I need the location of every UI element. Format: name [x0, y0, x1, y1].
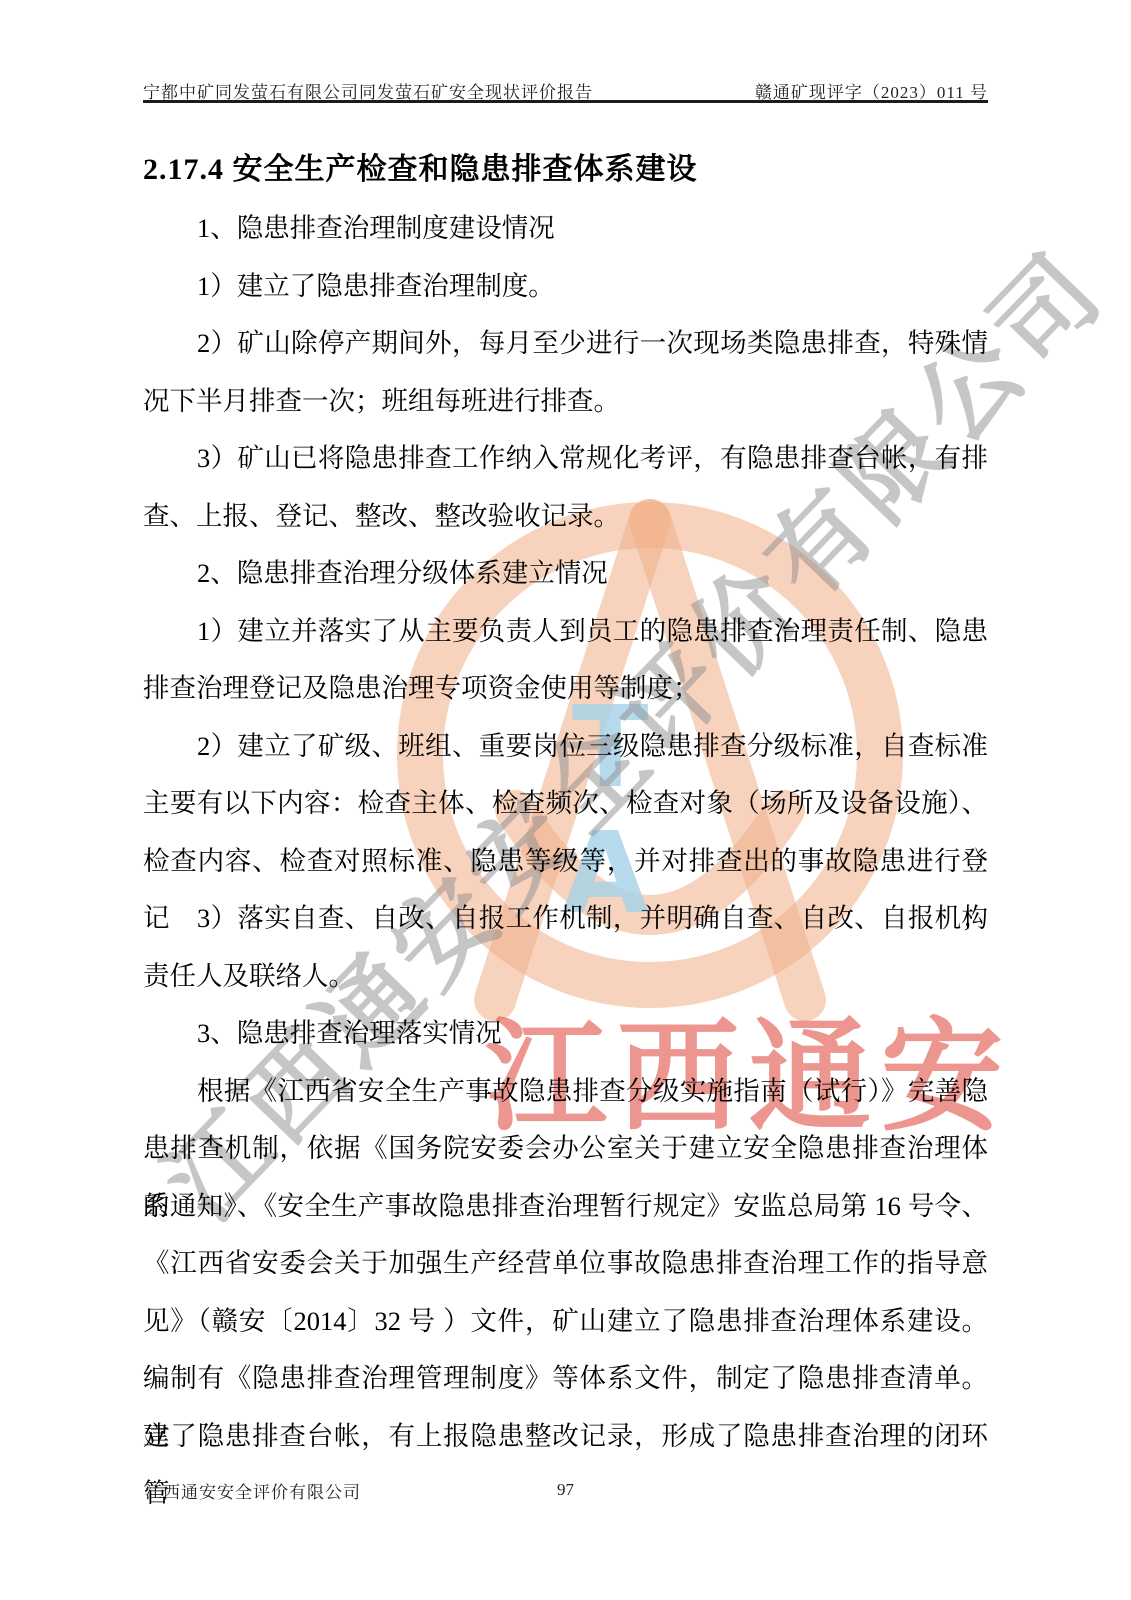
document-page: 宁都中矿同发萤石有限公司同发萤石矿安全现状评价报告 赣通矿现评字（2023）01…: [0, 0, 1131, 1600]
body-line: 2）建立了矿级、班组、重要岗位三级隐患排查分级标准，自查标准: [143, 718, 988, 776]
body-line: 根据《江西省安全生产事故隐患排查分级实施指南（试行）》完善隐: [143, 1063, 988, 1121]
body-line: 2、隐患排查治理分级体系建立情况: [143, 545, 988, 603]
body-line: 责任人及联络人。: [143, 948, 988, 1006]
body-line: 1、隐患排查治理制度建设情况: [143, 200, 988, 258]
body-line: 排查治理登记及隐患治理专项资金使用等制度；: [143, 660, 988, 718]
section-heading: 2.17.4 安全生产检查和隐患排查体系建设: [143, 140, 988, 200]
body-line: 《江西省安委会关于加强生产经营单位事故隐患排查治理工作的指导意: [143, 1235, 988, 1293]
body-line: 的通知》、《安全生产事故隐患排查治理暂行规定》安监总局第 16 号令、: [143, 1178, 988, 1236]
body-line: 患排查机制，依据《国务院安委会办公室关于建立安全隐患排查治理体系: [143, 1120, 988, 1178]
body-line: 查、上报、登记、整改、整改验收记录。: [143, 488, 988, 546]
body-line: 主要有以下内容：检查主体、检查频次、检查对象（场所及设备设施）、: [143, 775, 988, 833]
document-body: 2.17.4 安全生产检查和隐患排查体系建设 1、隐患排查治理制度建设情况 1）…: [143, 140, 988, 1465]
footer-company-name: 江西通安安全评价有限公司: [145, 1478, 361, 1503]
body-line: 检查内容、检查对照标准、隐患等级等，并对排查出的事故隐患进行登记；: [143, 833, 988, 891]
body-line: 3、隐患排查治理落实情况: [143, 1005, 988, 1063]
body-line: 2）矿山除停产期间外，每月至少进行一次现场类隐患排查，特殊情: [143, 315, 988, 373]
body-line: 编制有《隐患排查治理管理制度》等体系文件，制定了隐患排查清单。建: [143, 1350, 988, 1408]
body-line: 况下半月排查一次；班组每班进行排查。: [143, 373, 988, 431]
body-line: 3）落实自查、自改、自报工作机制，并明确自查、自改、自报机构: [143, 890, 988, 948]
body-line: 1）建立了隐患排查治理制度。: [143, 258, 988, 316]
body-line: 3）矿山已将隐患排查工作纳入常规化考评，有隐患排查台帐，有排: [143, 430, 988, 488]
body-line: 见》（赣安〔2014〕32 号 ）文件，矿山建立了隐患排查治理体系建设。: [143, 1293, 988, 1351]
body-line: 立了隐患排查台帐，有上报隐患整改记录，形成了隐患排查治理的闭环管: [143, 1408, 988, 1466]
body-line: 1）建立并落实了从主要负责人到员工的隐患排查治理责任制、隐患: [143, 603, 988, 661]
header-divider: [143, 100, 988, 103]
